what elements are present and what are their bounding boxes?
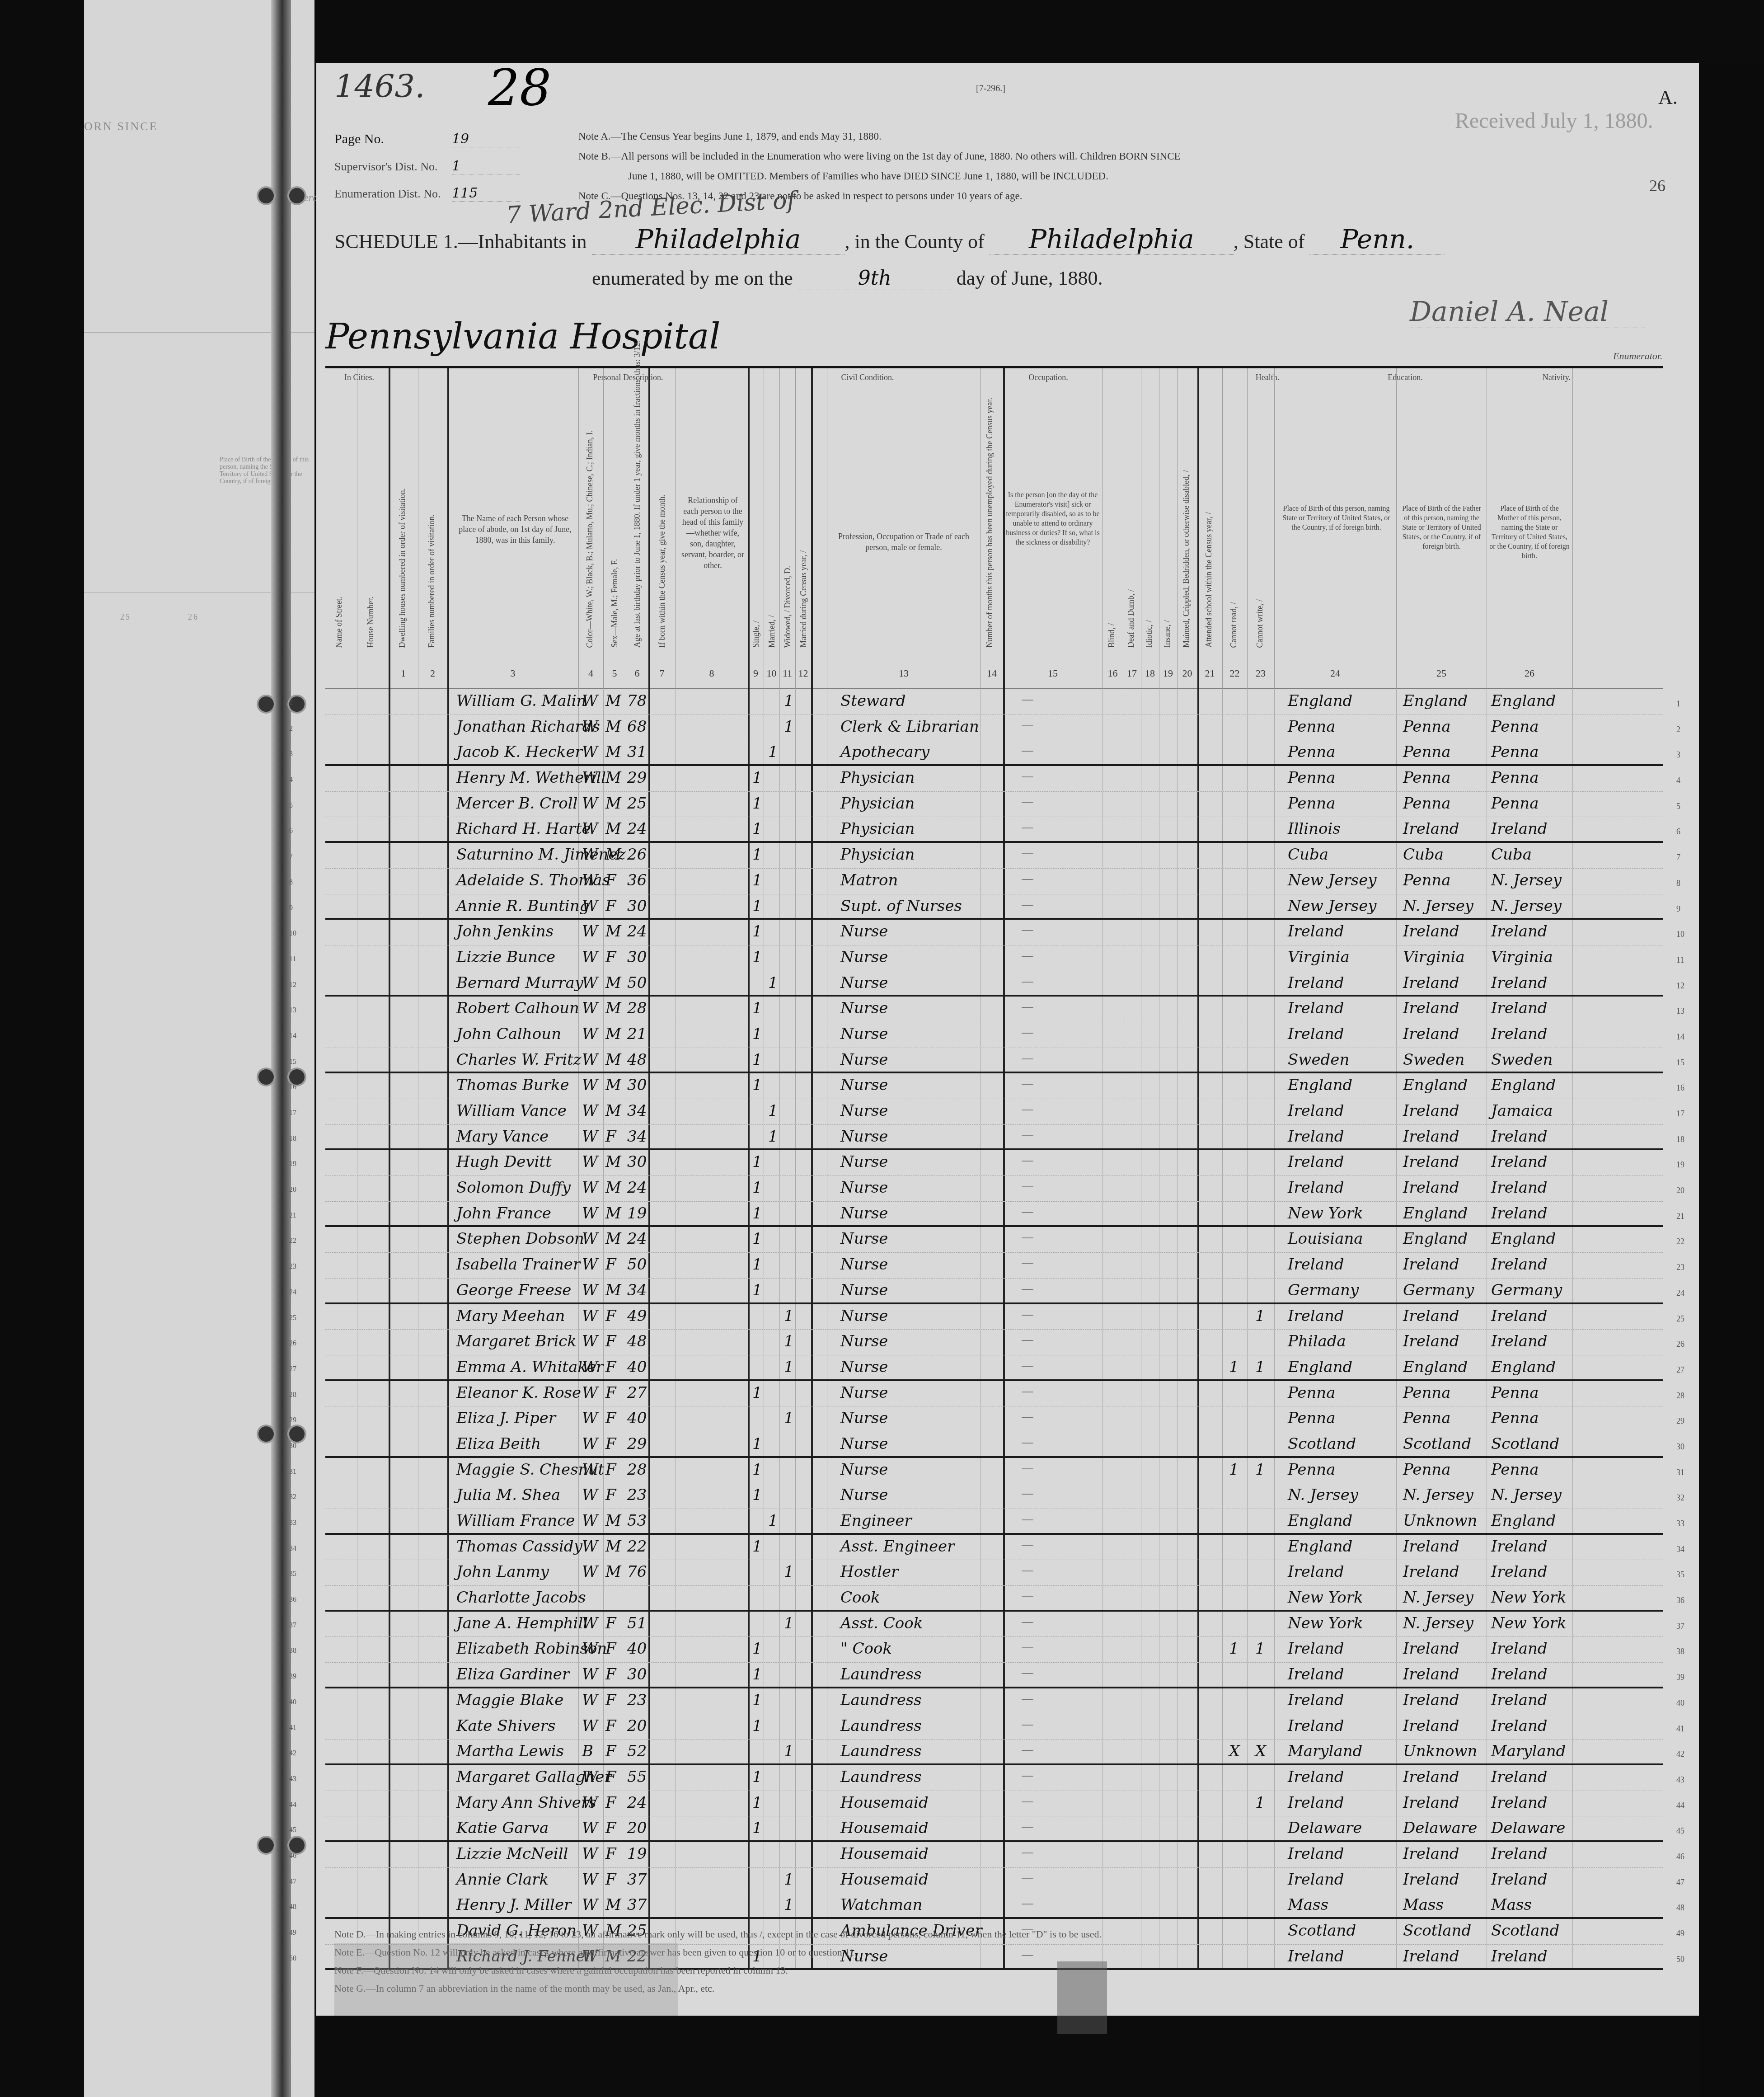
- supervisor-dist-value: 1: [452, 158, 520, 174]
- color-cell: W: [582, 1537, 598, 1556]
- table-row: 22Stephen DobsonWM241Nurse—LouisianaEngl…: [325, 1227, 1663, 1253]
- mother-birthplace-cell: Penna: [1491, 1384, 1539, 1402]
- col-header-married-year: Married during Census year, /: [799, 550, 808, 648]
- age-cell: 31: [627, 743, 647, 761]
- father-birthplace-cell: Ireland: [1403, 974, 1459, 992]
- sex-cell: F: [605, 871, 616, 889]
- single-mark: 1: [752, 1179, 762, 1197]
- row-number: 16: [289, 1083, 296, 1091]
- row-number-right: 41: [1676, 1724, 1684, 1734]
- occupation-cell: Nurse: [840, 1461, 888, 1479]
- row-number-right: 16: [1676, 1083, 1684, 1093]
- occupation-cell: Nurse: [840, 1358, 888, 1376]
- sick-dash: —: [1021, 1768, 1034, 1783]
- table-row: 16Thomas BurkeWM301Nurse—EnglandEnglandE…: [325, 1073, 1663, 1099]
- birthplace-cell: England: [1288, 1537, 1352, 1556]
- single-mark: 1: [752, 1819, 762, 1837]
- birthplace-cell: Maryland: [1288, 1742, 1362, 1760]
- sex-cell: F: [605, 1742, 616, 1760]
- mother-birthplace-cell: Ireland: [1491, 1640, 1548, 1658]
- row-number: 20: [289, 1186, 296, 1194]
- table-row: 21John FranceWM191Nurse—New YorkEnglandI…: [325, 1202, 1663, 1227]
- sex-cell: F: [605, 1717, 616, 1735]
- birthplace-cell: Mass: [1288, 1896, 1328, 1914]
- table-row: 38Elizabeth RobinsonWF401" Cook—11Irelan…: [325, 1637, 1663, 1663]
- mother-birthplace-cell: Maryland: [1491, 1742, 1566, 1760]
- table-row: 42Martha LewisBF521Laundress—XXMarylandU…: [325, 1740, 1663, 1765]
- age-cell: 40: [627, 1640, 647, 1658]
- age-cell: 48: [627, 1332, 647, 1350]
- sick-dash: —: [1021, 1717, 1034, 1732]
- birthplace-cell: Ireland: [1288, 922, 1344, 940]
- age-cell: 48: [627, 1051, 647, 1069]
- sick-dash: —: [1021, 871, 1034, 886]
- col-header-father-birthplace: Place of Birth of the Father of this per…: [1400, 504, 1483, 551]
- person-name: Katie Garva: [456, 1819, 549, 1837]
- table-row: 41Kate ShiversWF201Laundress—IrelandIrel…: [325, 1714, 1663, 1740]
- table-row: 10John JenkinsWM241Nurse—IrelandIrelandI…: [325, 920, 1663, 945]
- person-name: Thomas Cassidy: [456, 1537, 582, 1556]
- sex-cell: F: [605, 897, 616, 915]
- father-birthplace-cell: Ireland: [1403, 1332, 1459, 1350]
- row-number-right: 40: [1676, 1698, 1684, 1708]
- sex-cell: M: [605, 1512, 621, 1530]
- age-cell: 30: [627, 1665, 647, 1683]
- mother-birthplace-cell: Sweden: [1491, 1051, 1553, 1069]
- color-cell: W: [582, 1845, 598, 1863]
- person-name: Solomon Duffy: [456, 1179, 571, 1197]
- row-number: 42: [289, 1749, 296, 1758]
- row-number: 18: [289, 1135, 296, 1143]
- sex-cell: M: [605, 846, 621, 864]
- occupation-cell: Watchman: [840, 1896, 922, 1914]
- birthplace-cell: Ireland: [1288, 974, 1344, 992]
- color-cell: W: [582, 846, 598, 864]
- cannot-write-mark: 1: [1255, 1358, 1265, 1376]
- sex-cell: F: [605, 1665, 616, 1683]
- occupation-cell: Nurse: [840, 1332, 888, 1350]
- age-cell: 34: [627, 1281, 647, 1299]
- birthplace-cell: England: [1288, 692, 1352, 710]
- color-cell: W: [582, 1332, 598, 1350]
- group-civil: Civil Condition.: [834, 373, 901, 382]
- sex-cell: F: [605, 1768, 616, 1786]
- age-cell: 29: [627, 1435, 647, 1453]
- occupation-cell: Cook: [840, 1589, 880, 1607]
- color-cell: W: [582, 1204, 598, 1222]
- sex-cell: M: [605, 974, 621, 992]
- table-body: 1William G. MalinWM781Steward—EnglandEng…: [325, 689, 1663, 1970]
- row-number-right: 11: [1676, 955, 1684, 965]
- sex-cell: F: [605, 1255, 616, 1274]
- row-number: 17: [289, 1109, 296, 1117]
- sex-cell: M: [605, 1076, 621, 1094]
- occupation-cell: Housemaid: [840, 1794, 929, 1812]
- age-cell: 76: [627, 1563, 647, 1581]
- birthplace-cell: New Jersey: [1288, 897, 1377, 915]
- birthplace-cell: Ireland: [1288, 1871, 1344, 1889]
- married-mark: 1: [768, 1512, 778, 1530]
- color-cell: B: [582, 1742, 593, 1760]
- age-cell: 53: [627, 1512, 647, 1530]
- occupation-cell: Nurse: [840, 1128, 888, 1146]
- enumeration-dist-field: Enumeration Dist. No.115: [334, 185, 520, 202]
- sick-dash: —: [1021, 974, 1034, 989]
- binder-ring-icon: [257, 694, 306, 712]
- color-cell: W: [582, 1614, 598, 1632]
- sick-dash: —: [1021, 1230, 1034, 1245]
- mother-birthplace-cell: Ireland: [1491, 1563, 1548, 1581]
- table-row: 25Mary MeehanWF491Nurse—1IrelandIrelandI…: [325, 1304, 1663, 1330]
- father-birthplace-cell: Ireland: [1403, 1640, 1459, 1658]
- row-number-right: 34: [1676, 1545, 1684, 1554]
- married-mark: 1: [768, 974, 778, 992]
- mother-birthplace-cell: Ireland: [1491, 1871, 1548, 1889]
- place-value: Philadelphia: [592, 224, 845, 255]
- row-number-right: 50: [1676, 1955, 1684, 1964]
- mother-birthplace-cell: England: [1491, 1230, 1556, 1248]
- person-name: Henry J. Miller: [456, 1896, 571, 1914]
- col-header-married: Married, /: [767, 615, 777, 648]
- age-cell: 22: [627, 1537, 647, 1556]
- mother-birthplace-cell: Scotland: [1491, 1435, 1559, 1453]
- age-cell: 24: [627, 1794, 647, 1812]
- color-cell: W: [582, 871, 598, 889]
- sex-cell: M: [605, 692, 621, 710]
- ghost-col-number: 26: [188, 612, 199, 622]
- table-row: 23Isabella TrainerWF501Nurse—IrelandIrel…: [325, 1253, 1663, 1279]
- single-mark: 1: [752, 871, 762, 889]
- table-row: 35John LanmyWM761Hostler—IrelandIrelandI…: [325, 1560, 1663, 1586]
- sick-dash: —: [1021, 1435, 1034, 1450]
- row-number-right: 19: [1676, 1160, 1684, 1170]
- row-number-right: 31: [1676, 1468, 1684, 1477]
- row-number: 19: [289, 1160, 296, 1168]
- row-number-right: 10: [1676, 930, 1684, 939]
- col-header-cannot-write: Cannot write, /: [1255, 599, 1265, 648]
- occupation-cell: Matron: [840, 871, 898, 889]
- row-number-right: 46: [1676, 1852, 1684, 1862]
- row-number: 48: [289, 1903, 296, 1911]
- group-health: Health.: [1179, 373, 1356, 382]
- row-number: 10: [289, 930, 296, 938]
- person-name: William Vance: [456, 1102, 567, 1120]
- mother-birthplace-cell: Ireland: [1491, 1153, 1548, 1171]
- row-number: 12: [289, 981, 296, 989]
- person-name: Stephen Dobson: [456, 1230, 584, 1248]
- enumerator-label: Enumerator.: [1613, 350, 1662, 362]
- col-header-idiotic: Idiotic, /: [1145, 620, 1154, 648]
- enumeration-date-line: enumerated by me on the 9th day of June,…: [592, 267, 1103, 290]
- table-row: 26Margaret BrickWF481Nurse—PhiladaIrelan…: [325, 1330, 1663, 1355]
- col-header-sex: Sex—Male, M.; Female, F.: [610, 559, 619, 648]
- color-cell: W: [582, 1794, 598, 1812]
- sex-cell: F: [605, 1384, 616, 1402]
- group-personal: Personal Description.: [576, 373, 680, 382]
- col-header-occupation: Profession, Occupation or Trade of each …: [831, 531, 976, 553]
- color-cell: W: [582, 1768, 598, 1786]
- census-table: In Cities. Personal Description. Civil C…: [325, 366, 1663, 1970]
- row-number: 31: [289, 1468, 296, 1476]
- color-cell: W: [582, 718, 598, 736]
- note-a: Note A.—The Census Year begins June 1, 1…: [578, 127, 1618, 146]
- birthplace-cell: New Jersey: [1288, 871, 1377, 889]
- table-row: 2Jonathan RichardsWM681Clerk & Librarian…: [325, 715, 1663, 741]
- row-number-right: 35: [1676, 1570, 1684, 1580]
- sex-cell: M: [605, 922, 621, 940]
- sick-dash: —: [1021, 820, 1034, 835]
- sick-dash: —: [1021, 846, 1034, 860]
- birthplace-cell: Ireland: [1288, 1255, 1344, 1274]
- age-cell: 23: [627, 1691, 647, 1709]
- note-b: Note B.—All persons will be included in …: [578, 146, 1618, 166]
- sex-cell: F: [605, 1871, 616, 1889]
- sex-cell: M: [605, 1153, 621, 1171]
- row-number: 9: [289, 904, 293, 912]
- age-cell: 24: [627, 1179, 647, 1197]
- person-name: Eliza Gardiner: [456, 1665, 569, 1683]
- sex-cell: M: [605, 1281, 621, 1299]
- occupation-cell: Nurse: [840, 1486, 888, 1504]
- single-mark: 1: [752, 795, 762, 813]
- col-header-maimed: Maimed, Crippled, Bedridden, or otherwis…: [1182, 470, 1191, 648]
- col-header-color: Color—White, W.; Black, B.; Mulatto, Mu.…: [585, 430, 595, 648]
- occupation-cell: Nurse: [840, 1307, 888, 1325]
- color-cell: W: [582, 922, 598, 940]
- occupation-cell: Nurse: [840, 1281, 888, 1299]
- age-cell: 28: [627, 1461, 647, 1479]
- age-cell: 27: [627, 1384, 647, 1402]
- person-name: Jonathan Richards: [456, 718, 600, 736]
- sick-dash: —: [1021, 692, 1034, 707]
- sick-dash: —: [1021, 1358, 1034, 1373]
- table-row: 11Lizzie BunceWF301Nurse—VirginiaVirgini…: [325, 945, 1663, 971]
- color-cell: W: [582, 1512, 598, 1530]
- row-number: 13: [289, 1006, 296, 1015]
- row-number-right: 38: [1676, 1647, 1684, 1656]
- mother-birthplace-cell: England: [1491, 1358, 1556, 1376]
- sick-dash: —: [1021, 1871, 1034, 1885]
- row-number: 21: [289, 1212, 296, 1220]
- table-row: 6Richard H. HarteWM241Physician—Illinois…: [325, 817, 1663, 843]
- person-name: Richard H. Harte: [456, 820, 591, 838]
- mother-birthplace-cell: Ireland: [1491, 1665, 1548, 1683]
- table-row: 5Mercer B. CrollWM251Physician—PennaPenn…: [325, 792, 1663, 818]
- birthplace-cell: Penna: [1288, 795, 1336, 813]
- mother-birthplace-cell: Delaware: [1491, 1819, 1565, 1837]
- color-cell: W: [582, 1691, 598, 1709]
- sick-dash: —: [1021, 1179, 1034, 1194]
- father-birthplace-cell: England: [1403, 1204, 1468, 1222]
- sex-cell: F: [605, 1845, 616, 1863]
- table-row: 34Thomas CassidyWM221Asst. Engineer—Engl…: [325, 1535, 1663, 1561]
- col-header-single: Single, /: [751, 621, 761, 648]
- row-number: 39: [289, 1673, 296, 1681]
- tape-patch: [1057, 1961, 1107, 2034]
- father-birthplace-cell: Penna: [1403, 718, 1451, 736]
- institution-name: Pennsylvania Hospital: [325, 316, 720, 357]
- single-mark: 1: [752, 1076, 762, 1094]
- occupation-cell: Nurse: [840, 1435, 888, 1453]
- age-cell: 20: [627, 1717, 647, 1735]
- col-header-street: Name of Street.: [334, 597, 344, 648]
- row-number-right: 36: [1676, 1596, 1684, 1605]
- table-row: 8Adelaide S. ThomasWF361Matron—New Jerse…: [325, 869, 1663, 894]
- father-birthplace-cell: Ireland: [1403, 820, 1459, 838]
- birthplace-cell: Penna: [1288, 718, 1336, 736]
- father-birthplace-cell: Ireland: [1403, 1307, 1459, 1325]
- age-cell: 34: [627, 1128, 647, 1146]
- birthplace-cell: Scotland: [1288, 1435, 1356, 1453]
- color-cell: W: [582, 820, 598, 838]
- sick-dash: —: [1021, 1665, 1034, 1680]
- person-name: Thomas Burke: [456, 1076, 569, 1094]
- birthplace-cell: Philada: [1288, 1332, 1346, 1350]
- row-number-right: 21: [1676, 1212, 1684, 1221]
- father-birthplace-cell: England: [1403, 1230, 1468, 1248]
- sex-cell: M: [605, 1563, 621, 1581]
- row-number: 38: [289, 1647, 296, 1655]
- col-header-relationship: Relationship of each person to the head …: [680, 495, 746, 571]
- age-cell: 34: [627, 1102, 647, 1120]
- col-header-deaf: Deaf and Dumb, /: [1126, 589, 1136, 648]
- father-birthplace-cell: Penna: [1403, 1384, 1451, 1402]
- enumeration-day-value: 9th: [798, 267, 952, 290]
- row-number: 47: [289, 1878, 296, 1886]
- single-mark: 1: [752, 1486, 762, 1504]
- row-number-right: 20: [1676, 1186, 1684, 1195]
- col-header-birthplace: Place of Birth of this person, naming St…: [1279, 504, 1394, 532]
- table-row: 28Eleanor K. RoseWF271Nurse—PennaPennaPe…: [325, 1381, 1663, 1407]
- cannot-read-mark: 1: [1229, 1640, 1239, 1658]
- occupation-cell: Supt. of Nurses: [840, 897, 962, 915]
- occupation-cell: Nurse: [840, 1255, 888, 1274]
- color-cell: W: [582, 769, 598, 787]
- table-row: 13Robert CalhounWM281Nurse—IrelandIrelan…: [325, 997, 1663, 1022]
- age-cell: 51: [627, 1614, 647, 1632]
- person-name: Maggie Blake: [456, 1691, 563, 1709]
- widowed-mark: 1: [784, 1614, 794, 1632]
- sick-dash: —: [1021, 1153, 1034, 1168]
- sick-dash: —: [1021, 1307, 1034, 1322]
- age-cell: 49: [627, 1307, 647, 1325]
- father-birthplace-cell: N. Jersey: [1403, 897, 1473, 915]
- row-number: 45: [289, 1826, 296, 1834]
- widowed-mark: 1: [784, 1871, 794, 1889]
- row-number: 49: [289, 1929, 296, 1937]
- sick-dash: —: [1021, 1589, 1034, 1603]
- single-mark: 1: [752, 1153, 762, 1171]
- row-number-right: 37: [1676, 1622, 1684, 1631]
- father-birthplace-cell: Delaware: [1403, 1819, 1477, 1837]
- col-header-age: Age at last birthday prior to June 1, 18…: [633, 341, 642, 648]
- sex-cell: M: [605, 1230, 621, 1248]
- occupation-cell: Nurse: [840, 922, 888, 940]
- row-number-right: 29: [1676, 1416, 1684, 1426]
- row-number-right: 3: [1676, 750, 1680, 760]
- widowed-mark: 1: [784, 1563, 794, 1581]
- single-mark: 1: [752, 1025, 762, 1043]
- row-number: 32: [289, 1493, 296, 1501]
- row-number-right: 13: [1676, 1006, 1684, 1016]
- mother-birthplace-cell: England: [1491, 1512, 1556, 1530]
- table-row: 46Lizzie McNeillWF19Housemaid—IrelandIre…: [325, 1842, 1663, 1868]
- occupation-cell: Nurse: [840, 1179, 888, 1197]
- mother-birthplace-cell: Penna: [1491, 1461, 1539, 1479]
- row-number: 50: [289, 1955, 296, 1963]
- row-number-right: 49: [1676, 1929, 1684, 1938]
- sick-dash: —: [1021, 1512, 1034, 1527]
- father-birthplace-cell: Cuba: [1403, 846, 1444, 864]
- birthplace-cell: England: [1288, 1358, 1352, 1376]
- color-cell: W: [582, 1153, 598, 1171]
- county-value: Philadelphia: [990, 224, 1234, 255]
- row-number: 15: [289, 1058, 296, 1066]
- cannot-read-mark: 1: [1229, 1358, 1239, 1376]
- age-cell: 50: [627, 974, 647, 992]
- occupation-cell: Nurse: [840, 1051, 888, 1069]
- table-row: 18Mary VanceWF341Nurse—IrelandIrelandIre…: [325, 1125, 1663, 1151]
- color-cell: W: [582, 1486, 598, 1504]
- table-row: 44Mary Ann ShiversWF241Housemaid—1Irelan…: [325, 1791, 1663, 1817]
- color-cell: W: [582, 1819, 598, 1837]
- birthplace-cell: Ireland: [1288, 1717, 1344, 1735]
- color-cell: W: [582, 1563, 598, 1581]
- sex-cell: M: [605, 1179, 621, 1197]
- row-number-right: 48: [1676, 1903, 1684, 1913]
- sick-dash: —: [1021, 1281, 1034, 1296]
- occupation-cell: Nurse: [840, 948, 888, 966]
- father-birthplace-cell: Ireland: [1403, 1102, 1459, 1120]
- occupation-cell: Nurse: [840, 1204, 888, 1222]
- sick-dash: —: [1021, 1102, 1034, 1117]
- sex-cell: F: [605, 1640, 616, 1658]
- person-name: John Lanmy: [456, 1563, 549, 1581]
- sex-cell: F: [605, 1409, 616, 1427]
- col-header-unemployed: Number of months this person has been un…: [985, 398, 995, 648]
- father-birthplace-cell: Ireland: [1403, 1025, 1459, 1043]
- father-birthplace-cell: Ireland: [1403, 1563, 1459, 1581]
- supervisor-dist-field: Supervisor's Dist. No.1: [334, 158, 520, 174]
- sex-cell: M: [605, 1025, 621, 1043]
- single-mark: 1: [752, 769, 762, 787]
- sex-cell: M: [605, 769, 621, 787]
- age-cell: 25: [627, 795, 647, 813]
- person-name: John Jenkins: [456, 922, 554, 940]
- row-number-right: 22: [1676, 1237, 1684, 1246]
- table-row: 4Henry M. WetherillWM291Physician—PennaP…: [325, 766, 1663, 792]
- row-number-right: 23: [1676, 1263, 1684, 1272]
- person-name: Eleanor K. Rose: [456, 1384, 581, 1402]
- father-birthplace-cell: Unknown: [1403, 1742, 1478, 1760]
- row-number: 1: [289, 699, 293, 707]
- single-mark: 1: [752, 1461, 762, 1479]
- row-number-right: 8: [1676, 879, 1680, 888]
- binder-ring-icon: [257, 1067, 306, 1085]
- mother-birthplace-cell: Ireland: [1491, 1204, 1548, 1222]
- married-mark: 1: [768, 743, 778, 761]
- single-mark: 1: [752, 1255, 762, 1274]
- occupation-cell: Hostler: [840, 1563, 898, 1581]
- col-header-blind: Blind, /: [1107, 623, 1117, 648]
- row-number: 41: [289, 1724, 296, 1732]
- person-name: John Calhoun: [456, 1025, 561, 1043]
- sick-dash: —: [1021, 1896, 1034, 1911]
- census-page: 1463. 28 [7-296.] Received July 1, 1880.…: [316, 63, 1699, 2016]
- row-number: 33: [289, 1519, 296, 1527]
- color-cell: W: [582, 1896, 598, 1914]
- color-cell: W: [582, 974, 598, 992]
